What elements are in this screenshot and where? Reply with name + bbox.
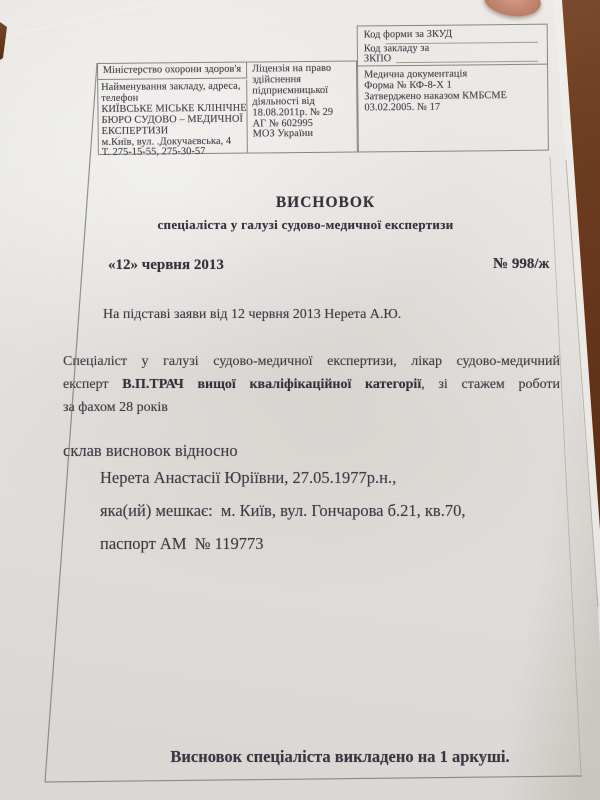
specialist-paragraph-line1: Спеціаліст у галузі судово-медичної експ… [63, 354, 560, 370]
footer-line: Висновок спеціаліста викладено на 1 арку… [140, 747, 540, 767]
specialist-paragraph-line3: за фахом 28 років [63, 400, 168, 416]
document-photo: Міністерство охорони здоров'я Найменуван… [0, 0, 600, 800]
person-address-line: яка(ий) мешкає: м. Київ, вул. Гончарова … [100, 501, 465, 521]
document-title: ВИСНОВОК [77, 194, 574, 212]
document-date: «12» червня 2013 [108, 257, 224, 274]
organization-cell: Найменування закладу, адреса,телефонКИЇВ… [98, 80, 248, 154]
document-number: № 998/ж [493, 256, 549, 273]
made-for-line: склав висновок відносно [63, 441, 238, 461]
document-subtitle: спеціаліста у галузі судово-медичної екс… [57, 217, 554, 233]
text-line: МОЗ України [253, 129, 353, 141]
basis-line: На підставі заяви від 12 червня 2013 Нер… [103, 307, 401, 323]
specialist-line2-post: , зі стажем роботи [421, 377, 560, 392]
paper-speck [481, 756, 485, 760]
specialist-paragraph-line2: експерт В.П.ТРАЧ вищої кваліфікаційної к… [63, 377, 560, 393]
license-cell: Ліцензія на правоздійсненняпідприємницьк… [248, 62, 357, 153]
ministry-table: Міністерство охорони здоров'я Найменуван… [97, 61, 358, 155]
form-codes-box: Код форми за ЗКУД Код закладу за ЗКПО Ме… [357, 24, 549, 153]
person-name-line: Нерета Анастасії Юріївни, 27.05.1977р.н.… [100, 468, 396, 488]
ministry-cell: Міністерство охорони здоров'я [98, 63, 247, 80]
specialist-line2-pre: експерт [63, 377, 122, 392]
expert-name-bold: В.П.ТРАЧ вищої кваліфікаційної категорії [122, 377, 421, 392]
document-page: Міністерство охорони здоров'я Найменуван… [0, 0, 600, 800]
zkpo-fill-line [396, 61, 538, 63]
text-line: Затверджено наказом КМБСМЕ [364, 90, 507, 102]
person-passport-line: паспорт АМ № 119773 [100, 534, 264, 554]
zkud-code-label: Код форми за ЗКУД [364, 30, 453, 42]
text-line: БЮРО СУДОВО – МЕДИЧНОЇ [102, 114, 244, 126]
zkpo-code-label-2: ЗКПО [364, 54, 391, 65]
medical-doc-info: Медична документаціяФорма № КФ-8-Х 1Затв… [364, 68, 507, 113]
text-line: 03.02.2005. № 17 [364, 101, 507, 113]
text-line: Т. 275-15-55, 275-30-57 [102, 147, 244, 159]
form-header: Міністерство охорони здоров'я Найменуван… [0, 0, 600, 171]
